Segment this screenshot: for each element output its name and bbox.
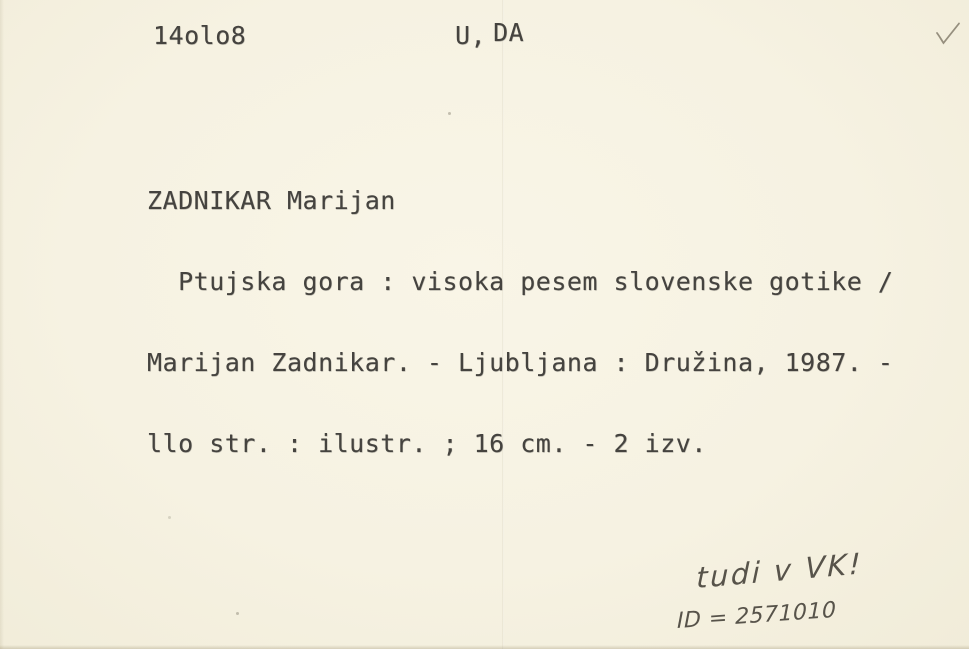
- handwritten-note: tudi v VK!: [696, 546, 863, 595]
- call-number: 14olo8: [153, 21, 246, 50]
- category-code: U,DA: [455, 21, 524, 50]
- speck: [448, 112, 451, 115]
- speck: [168, 516, 171, 519]
- entry-line-collation: llo str. : ilustr. ; 16 cm. - 2 izv.: [147, 430, 893, 457]
- entry-line-heading: ZADNIKAR Marijan: [147, 187, 893, 214]
- entry-line-imprint: Marijan Zadnikar. - Ljubljana : Družina,…: [147, 349, 893, 376]
- entry-line-title: Ptujska gora : visoka pesem slovenske go…: [147, 268, 893, 295]
- handwritten-id: ID = 2571010: [677, 598, 836, 634]
- category-code-part1: U,: [455, 21, 486, 50]
- category-code-part2: DA: [493, 18, 524, 47]
- catalog-entry-text: ZADNIKAR Marijan Ptujska gora : visoka p…: [147, 133, 893, 511]
- card-left-edge: [0, 0, 4, 649]
- card-bottom-edge: [0, 645, 969, 649]
- catalog-card: 14olo8 U,DA ZADNIKAR Marijan Ptujska gor…: [0, 0, 969, 649]
- check-icon: [934, 20, 962, 48]
- speck: [236, 612, 239, 615]
